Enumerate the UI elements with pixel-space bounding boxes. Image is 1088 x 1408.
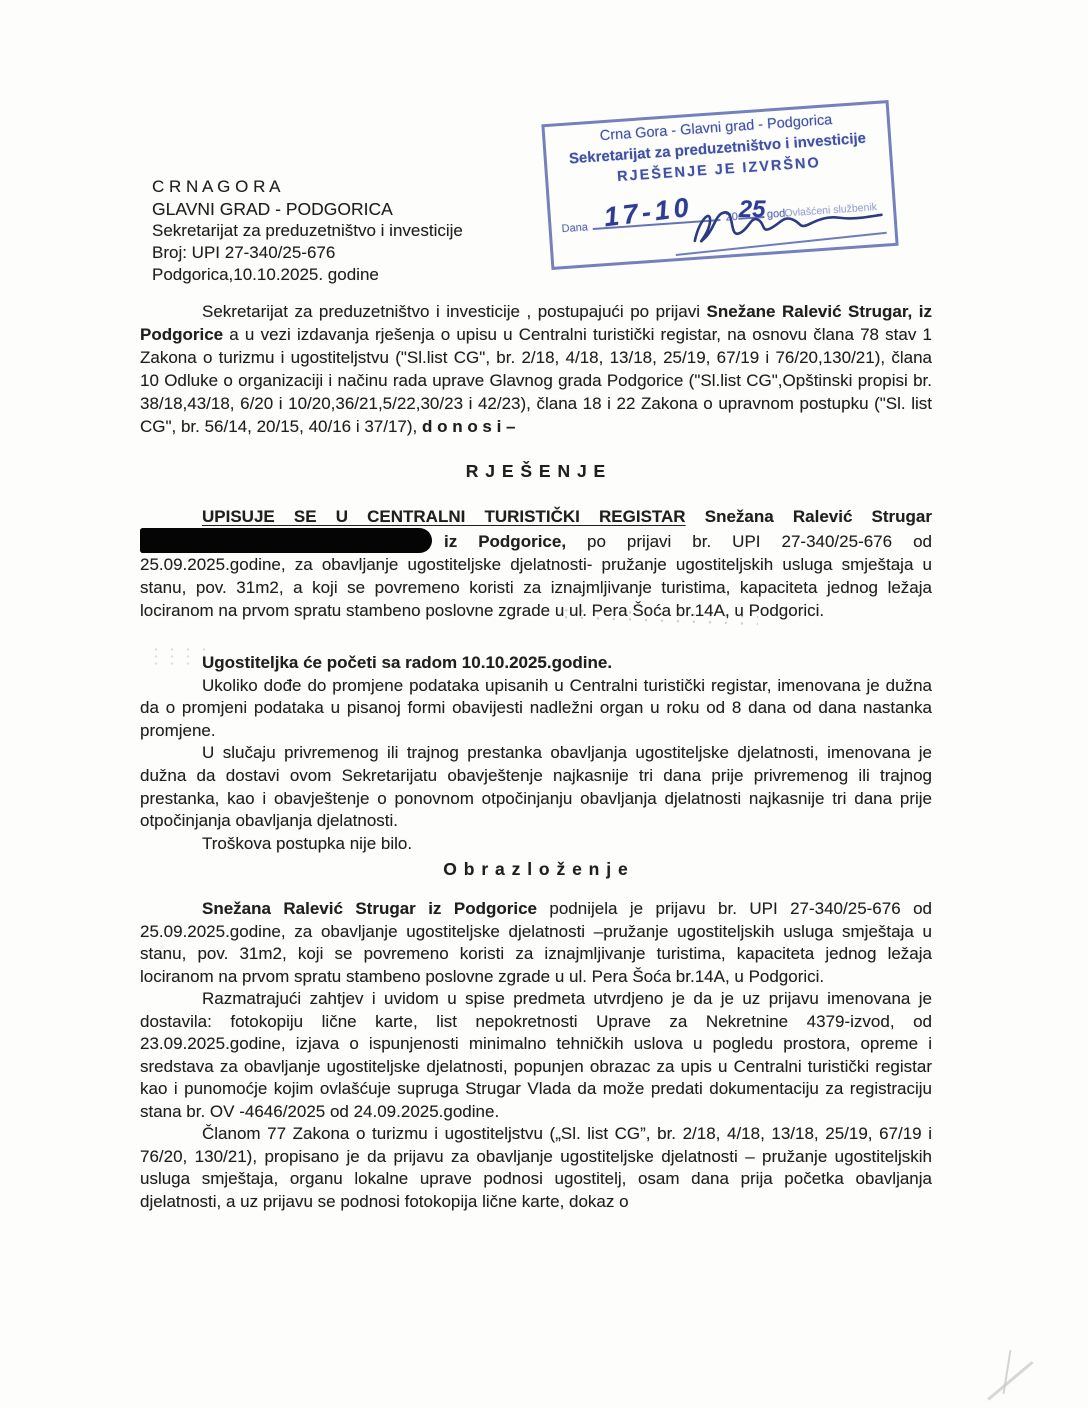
pencil-mark — [987, 1361, 1033, 1400]
resolution-bold-segment: iz Podgorice, — [444, 532, 587, 551]
explanation-paragraph-3: Članom 77 Zakona o turizmu i ugostiteljs… — [140, 1123, 932, 1213]
signature — [678, 187, 891, 258]
scanned-document-page: Crna Gora - Glavni grad - Podgorica Sekr… — [0, 0, 1088, 1408]
intro-text-2: a u vezi izdavanja rješenja o upisu u Ce… — [140, 325, 932, 436]
resolution-line1: UPISUJE SE U CENTRALNI TURISTIČKI REGIST… — [140, 505, 932, 528]
resolution-paragraph: UPISUJE SE U CENTRALNI TURISTIČKI REGIST… — [140, 505, 932, 622]
intro-text-1: Sekretarijat za preduzetništvo i investi… — [202, 302, 707, 321]
letterhead-place-date: Podgorica,10.10.2025. godine — [152, 264, 463, 286]
verification-stamp: Crna Gora - Glavni grad - Podgorica Sekr… — [541, 100, 898, 270]
explanation-block: Snežana Ralević Strugar iz Podgorice pod… — [140, 898, 932, 1213]
costs-clause: Troškova postupka nije bilo. — [140, 833, 932, 856]
intro-block: Sekretarijat za preduzetništvo i investi… — [140, 300, 932, 438]
cease-notice-clause: U slučaju privremenog ili trajnog presta… — [140, 742, 932, 832]
donosi-text: d o n o s i – — [422, 417, 516, 436]
rjesenje-heading-block: R J E Š E N J E — [140, 460, 932, 483]
letterhead-case-number: Broj: UPI 27-340/25-676 — [152, 242, 463, 264]
letterhead-city: GLAVNI GRAD - PODGORICA — [152, 198, 463, 220]
resolution-block: UPISUJE SE U CENTRALNI TURISTIČKI REGIST… — [140, 505, 932, 622]
letterhead-department: Sekretarijat za preduzetništvo i investi… — [152, 220, 463, 242]
explanation-paragraph-1: Snežana Ralević Strugar iz Podgorice pod… — [140, 898, 932, 988]
start-date-clause: Ugostiteljka će početi sa radom 10.10.20… — [140, 652, 932, 675]
register-entry-clause: UPISUJE SE U CENTRALNI TURISTIČKI REGIST… — [202, 507, 686, 526]
heading-rjesenje: R J E Š E N J E — [140, 460, 932, 483]
obrazlozenje-heading-block: O b r a z l o ž e n j e — [140, 858, 932, 881]
registrant-name: Snežana Ralević Strugar — [705, 507, 932, 526]
stamp-date-label: Dana — [561, 221, 588, 235]
change-notice-clause: Ukoliko dođe do promjene podataka upisan… — [140, 675, 932, 743]
redaction-bar — [140, 528, 432, 553]
heading-obrazlozenje: O b r a z l o ž e n j e — [140, 858, 932, 881]
explanation-paragraph-2: Razmatrajući zahtjev i uvidom u spise pr… — [140, 988, 932, 1123]
scan-smudge — [148, 646, 208, 666]
intro-paragraph: Sekretarijat za preduzetništvo i investi… — [140, 300, 932, 438]
applicant-name-repeat: Snežana Ralević Strugar iz Podgorice — [202, 899, 537, 918]
letterhead: C R N A G O R A GLAVNI GRAD - PODGORICA … — [152, 176, 463, 286]
letterhead-country: C R N A G O R A — [152, 176, 463, 198]
clauses-block: Ugostiteljka će početi sa radom 10.10.20… — [140, 652, 932, 855]
